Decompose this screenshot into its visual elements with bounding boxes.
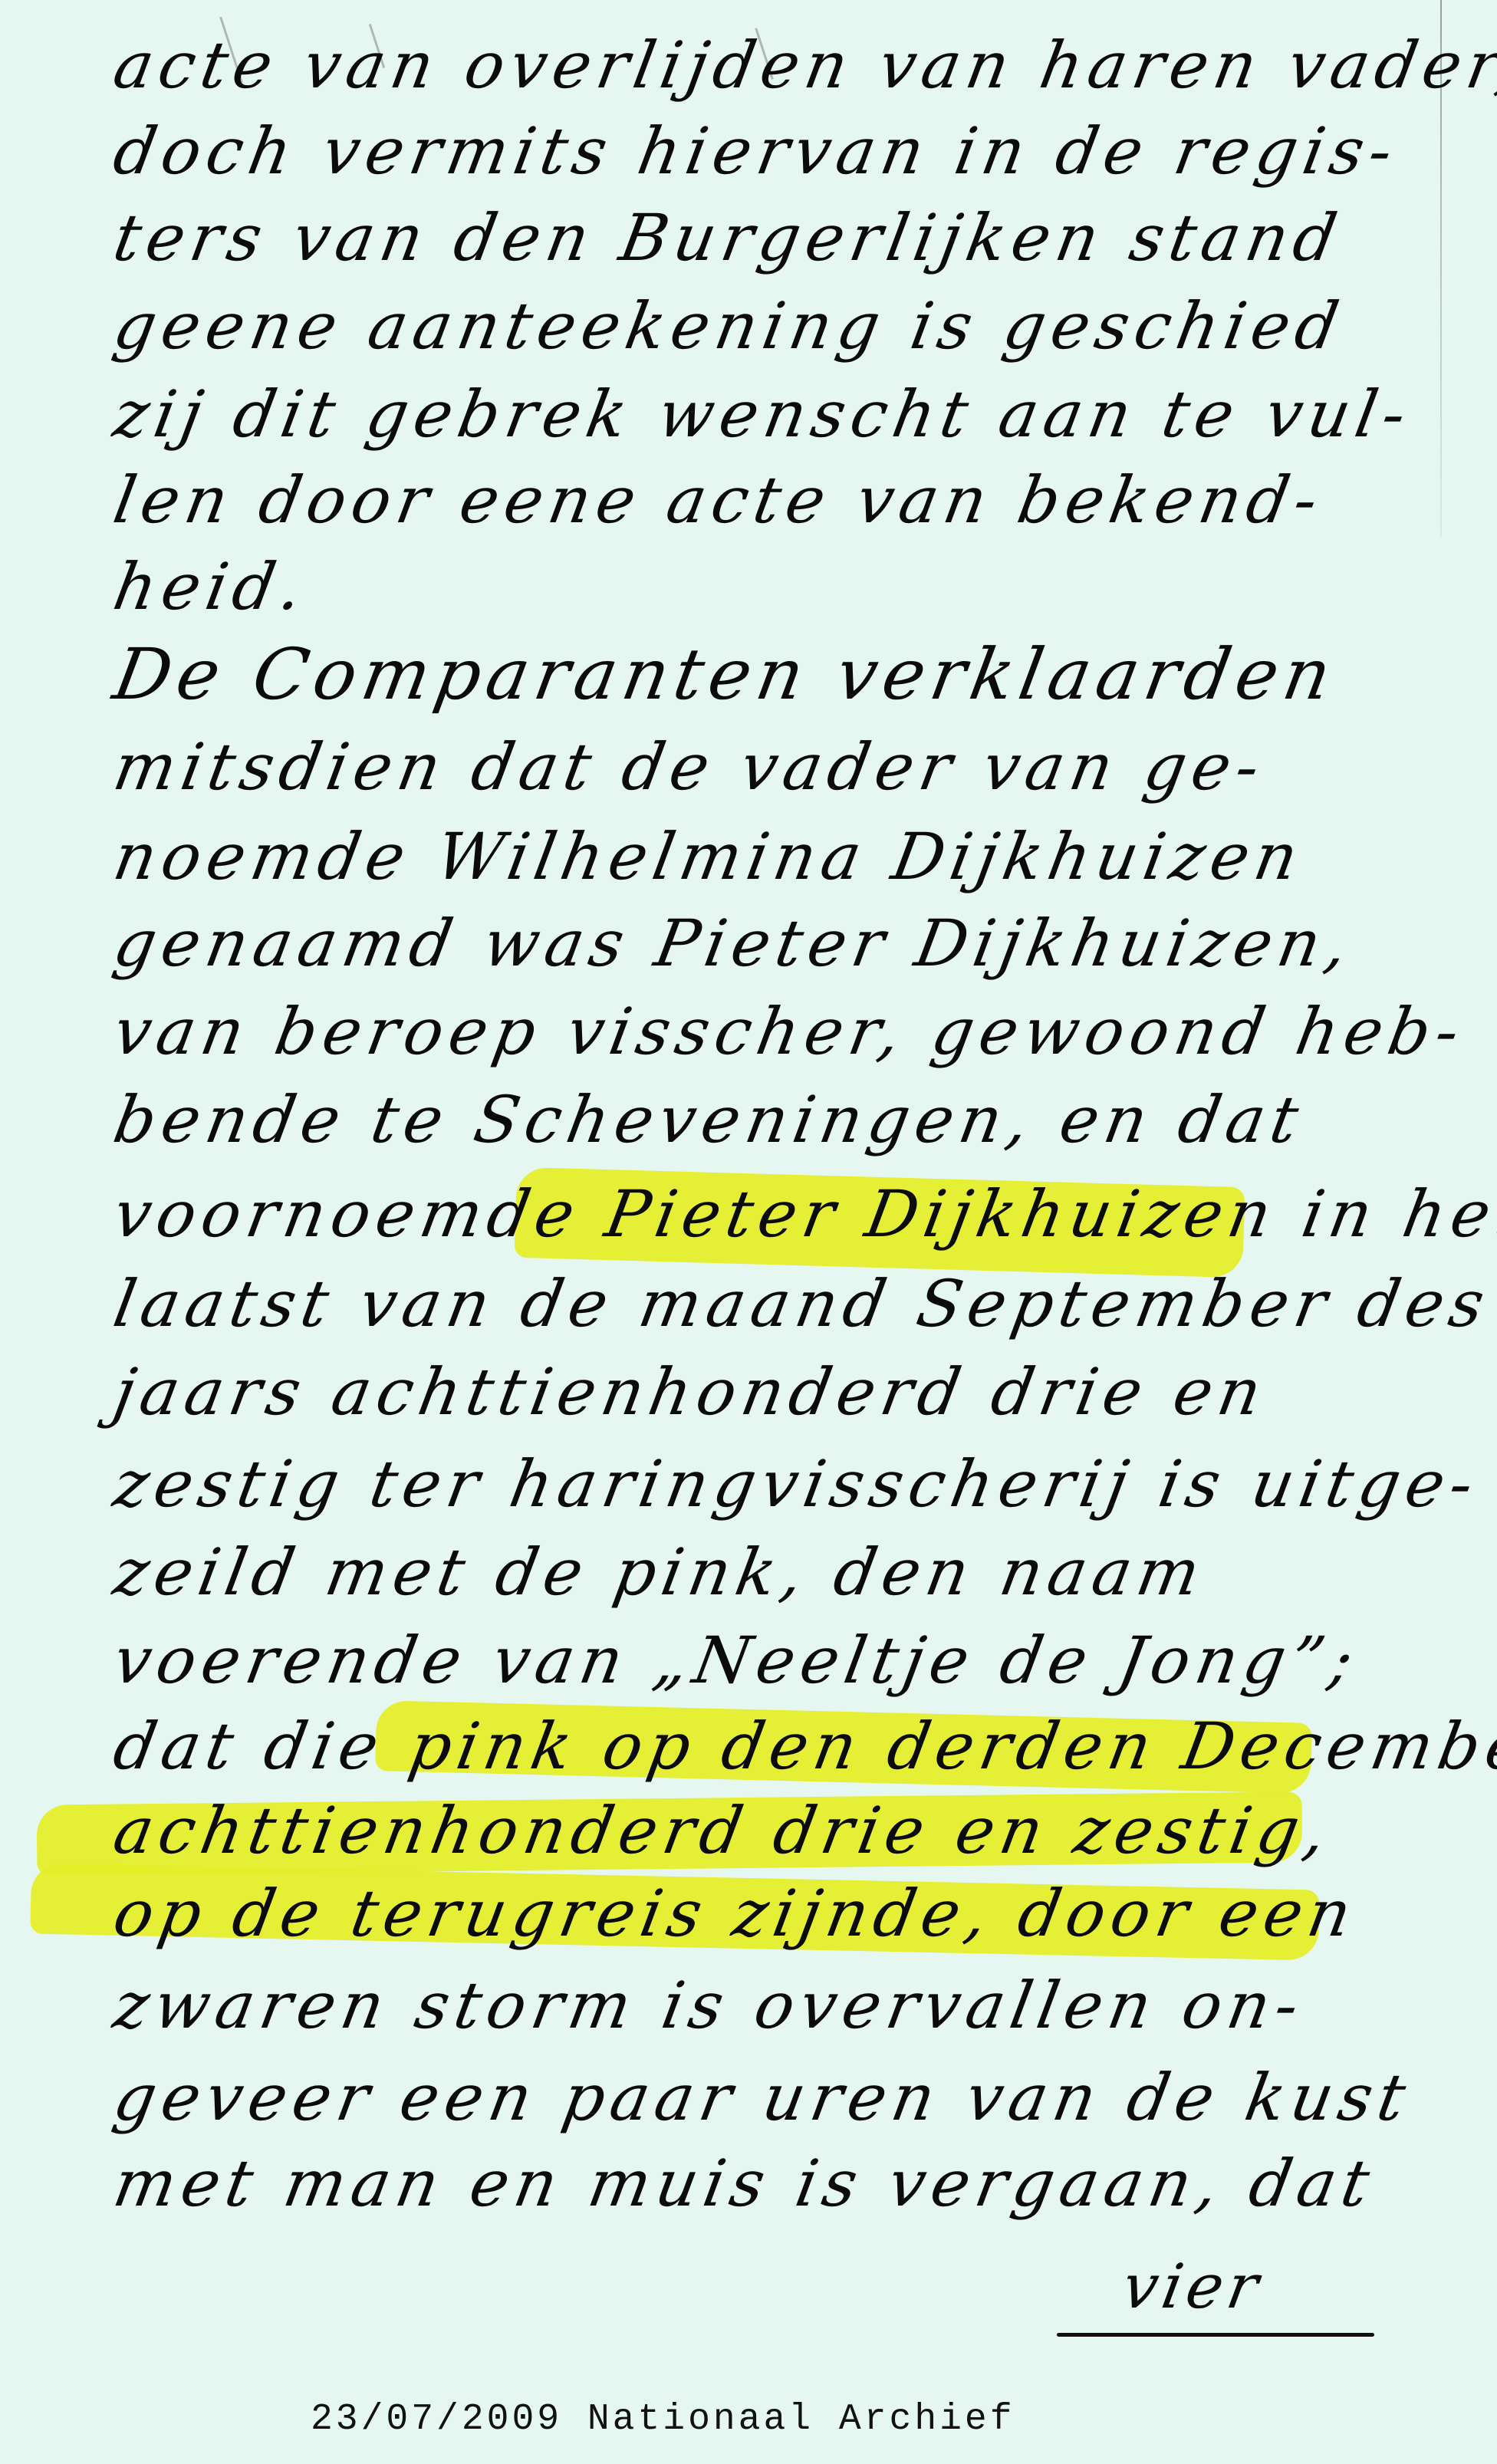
handwritten-line: heid. xyxy=(107,544,315,629)
line-text: in het xyxy=(1270,1176,1497,1252)
handwritten-line: mitsdien dat de vader van ge- xyxy=(107,725,1272,809)
handwritten-line-highlighted: achttienhonderd drie en zestig, xyxy=(107,1788,1339,1873)
handwritten-line: acte van overlijden van haren vader, xyxy=(107,23,1497,107)
handwritten-line: noemde Wilhelmina Dijkhuizen xyxy=(107,814,1311,899)
highlighted-text: achttienhonderd drie en zestig xyxy=(108,1793,1311,1868)
handwritten-line: genaamd was Pieter Dijkhuizen, xyxy=(107,901,1360,985)
highlighted-text: op de terugreis zijnde, door een xyxy=(108,1876,1363,1951)
handwritten-line: zwaren storm is overvallen on- xyxy=(107,1963,1311,2048)
handwritten-line: zeild met de pink, den naam xyxy=(107,1530,1212,1614)
handwritten-line: len door eene acte van bekend- xyxy=(107,458,1330,542)
catchword: vier xyxy=(1117,2251,1268,2322)
handwritten-line: geene aanteekening is geschied xyxy=(107,284,1351,368)
handwritten-line: zij dit gebrek wenscht aan te vul- xyxy=(107,372,1418,456)
catchword-underline xyxy=(1057,2333,1374,2337)
handwritten-line: De Comparanten verklaarden xyxy=(107,633,1343,717)
handwritten-line: doch vermits hiervan in de regis- xyxy=(107,109,1405,193)
handwritten-line: geveer een paar uren van de kust xyxy=(107,2055,1418,2140)
handwritten-line: laatst van de maand September des xyxy=(107,1262,1497,1346)
archive-date-stamp: 23/07/2009 Nationaal Archief xyxy=(311,2399,1015,2440)
handwritten-line: ters van den Burgerlijken stand xyxy=(107,196,1349,280)
handwritten-line: met man en muis is vergaan, dat xyxy=(107,2141,1382,2225)
highlighted-text: pink op den derden December xyxy=(403,1709,1497,1784)
scanned-document-page: acte van overlijden van haren vader, doc… xyxy=(0,0,1497,2464)
handwritten-line: bende te Scheveningen, en dat xyxy=(107,1077,1311,1162)
handwritten-line: voerende van „Neeltje de Jong”; xyxy=(107,1618,1366,1702)
handwritten-line: zestig ter haringvisscherij is uitge- xyxy=(107,1442,1485,1526)
highlighted-text: Pieter Dijkhuizen xyxy=(600,1176,1283,1252)
handwritten-line-highlighted: voornoemde Pieter Dijkhuizen in het xyxy=(107,1172,1497,1256)
handwritten-line-highlighted: dat die pink op den derden December xyxy=(107,1704,1497,1788)
handwritten-line-highlighted: op de terugreis zijnde, door een xyxy=(107,1871,1364,1956)
handwritten-line: van beroep visscher, gewoond heb- xyxy=(107,989,1472,1074)
line-text: voornoemde xyxy=(108,1176,613,1252)
line-text: dat die xyxy=(108,1709,417,1784)
handwritten-line: jaars achttienhonderd drie en xyxy=(107,1350,1274,1434)
